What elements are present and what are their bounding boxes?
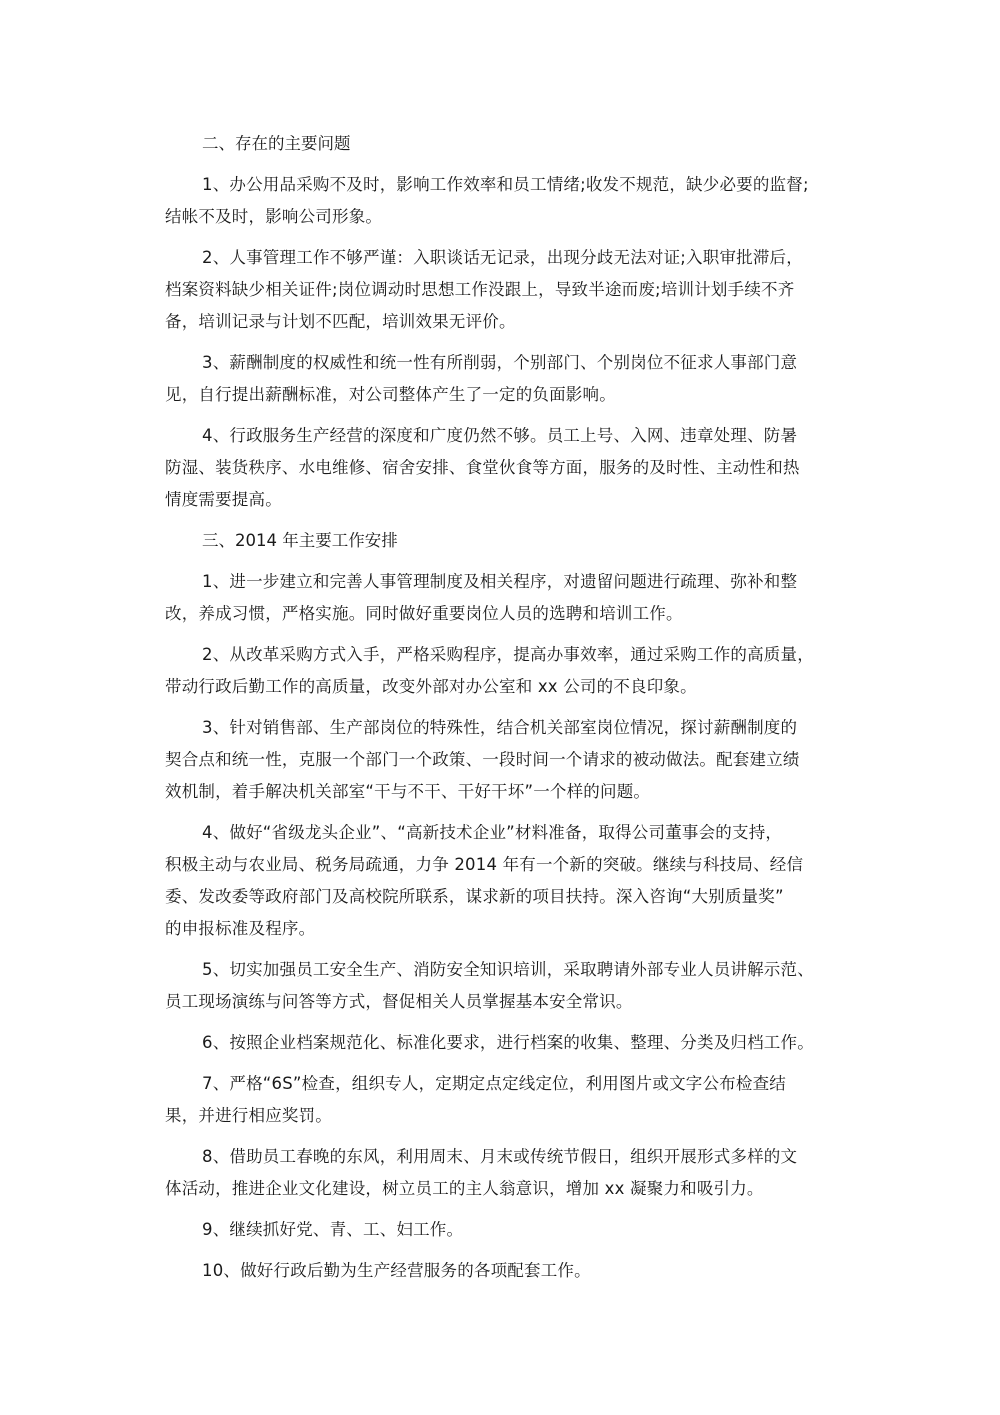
text-line: 委、发改委等政府部门及高校院所联系，谋求新的项目扶持。深入咨询“大别质量奖”	[165, 881, 845, 913]
problem-item-4: 4、行政服务生产经营的深度和广度仍然不够。员工上号、入网、违章处理、防暑 防湿、…	[165, 420, 845, 516]
plan-item-8: 8、借助员工春晚的东风，利用周末、月末或传统节假日，组织开展形式多样的文 体活动…	[165, 1141, 845, 1205]
text-line: 6、按照企业档案规范化、标准化要求，进行档案的收集、整理、分类及归档工作。	[165, 1027, 845, 1059]
text-line: 8、借助员工春晚的东风，利用周末、月末或传统节假日，组织开展形式多样的文	[165, 1141, 845, 1173]
text-line: 档案资料缺少相关证件;岗位调动时思想工作没跟上，导致半途而废;培训计划手续不齐	[165, 274, 845, 306]
text-line: 改，养成习惯，严格实施。同时做好重要岗位人员的选聘和培训工作。	[165, 598, 845, 630]
plan-item-5: 5、切实加强员工安全生产、消防安全知识培训，采取聘请外部专业人员讲解示范、 员工…	[165, 954, 845, 1018]
text-line: 员工现场演练与问答等方式，督促相关人员掌握基本安全常识。	[165, 986, 845, 1018]
section-heading-2014-plan: 三、2014 年主要工作安排	[165, 525, 845, 557]
plan-item-3: 3、针对销售部、生产部岗位的特殊性，结合机关部室岗位情况，探讨薪酬制度的 契合点…	[165, 712, 845, 808]
text-line: 见，自行提出薪酬标准，对公司整体产生了一定的负面影响。	[165, 379, 845, 411]
text-line: 7、严格“6S”检查，组织专人，定期定点定线定位，利用图片或文字公布检查结	[165, 1068, 845, 1100]
plan-item-4: 4、做好“省级龙头企业”、“高新技术企业”材料准备，取得公司董事会的支持， 积极…	[165, 817, 845, 945]
text-line: 果，并进行相应奖罚。	[165, 1100, 845, 1132]
plan-item-9: 9、继续抓好党、青、工、妇工作。	[165, 1214, 845, 1246]
text-line: 的申报标准及程序。	[165, 913, 845, 945]
text-line: 3、薪酬制度的权威性和统一性有所削弱，个别部门、个别岗位不征求人事部门意	[165, 347, 845, 379]
plan-item-6: 6、按照企业档案规范化、标准化要求，进行档案的收集、整理、分类及归档工作。	[165, 1027, 845, 1059]
plan-item-1: 1、进一步建立和完善人事管理制度及相关程序，对遗留问题进行疏理、弥补和整 改，养…	[165, 566, 845, 630]
text-line: 4、行政服务生产经营的深度和广度仍然不够。员工上号、入网、违章处理、防暑	[165, 420, 845, 452]
text-line: 体活动，推进企业文化建设，树立员工的主人翁意识，增加 xx 凝聚力和吸引力。	[165, 1173, 845, 1205]
plan-item-10: 10、做好行政后勤为生产经营服务的各项配套工作。	[165, 1255, 845, 1287]
plan-item-7: 7、严格“6S”检查，组织专人，定期定点定线定位，利用图片或文字公布检查结 果，…	[165, 1068, 845, 1132]
section-heading-problems: 二、存在的主要问题	[165, 128, 845, 160]
text-line: 效机制，着手解决机关部室“干与不干、干好干坏”一个样的问题。	[165, 776, 845, 808]
text-line: 5、切实加强员工安全生产、消防安全知识培训，采取聘请外部专业人员讲解示范、	[165, 954, 845, 986]
text-line: 契合点和统一性，克服一个部门一个政策、一段时间一个请求的被动做法。配套建立绩	[165, 744, 845, 776]
text-line: 结帐不及时，影响公司形象。	[165, 201, 845, 233]
text-line: 2、从改革采购方式入手，严格采购程序，提高办事效率，通过采购工作的高质量，	[165, 639, 845, 671]
text-line: 情度需要提高。	[165, 484, 845, 516]
text-line: 备，培训记录与计划不匹配，培训效果无评价。	[165, 306, 845, 338]
document-page: 二、存在的主要问题 1、办公用品采购不及时，影响工作效率和员工情绪;收发不规范，…	[165, 128, 845, 1296]
plan-item-2: 2、从改革采购方式入手，严格采购程序，提高办事效率，通过采购工作的高质量， 带动…	[165, 639, 845, 703]
problem-item-3: 3、薪酬制度的权威性和统一性有所削弱，个别部门、个别岗位不征求人事部门意 见，自…	[165, 347, 845, 411]
text-line: 9、继续抓好党、青、工、妇工作。	[165, 1214, 845, 1246]
text-line: 1、进一步建立和完善人事管理制度及相关程序，对遗留问题进行疏理、弥补和整	[165, 566, 845, 598]
text-line: 10、做好行政后勤为生产经营服务的各项配套工作。	[165, 1255, 845, 1287]
text-line: 1、办公用品采购不及时，影响工作效率和员工情绪;收发不规范，缺少必要的监督;	[165, 169, 845, 201]
text-line: 4、做好“省级龙头企业”、“高新技术企业”材料准备，取得公司董事会的支持，	[165, 817, 845, 849]
text-line: 3、针对销售部、生产部岗位的特殊性，结合机关部室岗位情况，探讨薪酬制度的	[165, 712, 845, 744]
text-line: 积极主动与农业局、税务局疏通，力争 2014 年有一个新的突破。继续与科技局、经…	[165, 849, 845, 881]
problem-item-2: 2、人事管理工作不够严谨：入职谈话无记录，出现分歧无法对证;入职审批滞后， 档案…	[165, 242, 845, 338]
text-line: 2、人事管理工作不够严谨：入职谈话无记录，出现分歧无法对证;入职审批滞后，	[165, 242, 845, 274]
text-line: 防湿、装货秩序、水电维修、宿舍安排、食堂伙食等方面，服务的及时性、主动性和热	[165, 452, 845, 484]
text-line: 带动行政后勤工作的高质量，改变外部对办公室和 xx 公司的不良印象。	[165, 671, 845, 703]
problem-item-1: 1、办公用品采购不及时，影响工作效率和员工情绪;收发不规范，缺少必要的监督; 结…	[165, 169, 845, 233]
